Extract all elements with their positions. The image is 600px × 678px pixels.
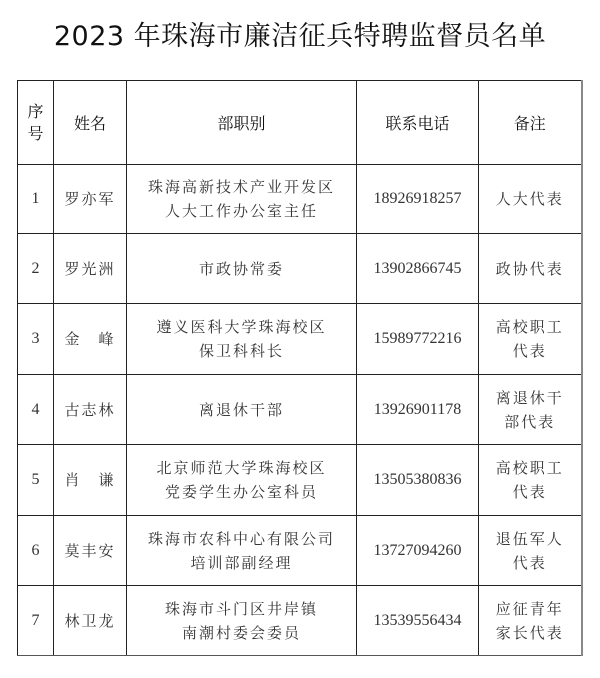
- cell-note: 高校职工代表: [479, 304, 582, 375]
- department-line2: 保卫科科长: [199, 342, 284, 360]
- cell-phone: 18926918257: [357, 165, 479, 234]
- cell-phone: 13539556434: [357, 586, 479, 656]
- cell-phone: 13727094260: [357, 516, 479, 586]
- cell-name: 肖 谦: [54, 445, 127, 516]
- department-line1: 珠海高新技术产业开发区: [148, 178, 335, 196]
- cell-note: 离退休干部代表: [479, 375, 582, 445]
- table-row: 7林卫龙珠海市斗门区井岸镇南潮村委会委员13539556434应征青年家长代表: [18, 586, 582, 656]
- department-line1: 离退休干部: [199, 401, 284, 419]
- department-line1: 市政协常委: [199, 260, 284, 278]
- note-line1: 应征青年: [496, 600, 564, 618]
- note-line2: 代表: [513, 342, 547, 360]
- header-phone: 联系电话: [357, 81, 479, 165]
- cell-name: 金 峰: [54, 304, 127, 375]
- cell-note: 高校职工代表: [479, 445, 582, 516]
- cell-department: 离退休干部: [127, 375, 357, 445]
- department-line1: 珠海市斗门区井岸镇: [165, 600, 318, 618]
- header-seq-line1: 序: [27, 102, 43, 121]
- page-title: 2023 年珠海市廉洁征兵特聘监督员名单: [0, 14, 600, 53]
- cell-seq: 5: [18, 445, 54, 516]
- cell-department: 珠海市斗门区井岸镇南潮村委会委员: [127, 586, 357, 656]
- cell-name: 罗光洲: [54, 234, 127, 304]
- cell-department: 市政协常委: [127, 234, 357, 304]
- cell-note: 应征青年家长代表: [479, 586, 582, 656]
- cell-department: 遵义医科大学珠海校区保卫科科长: [127, 304, 357, 375]
- cell-note: 政协代表: [479, 234, 582, 304]
- cell-name: 罗亦军: [54, 165, 127, 234]
- table-header-row: 序 号 姓名 部职别 联系电话 备注: [18, 81, 582, 165]
- note-line1: 高校职工: [496, 318, 564, 336]
- department-line1: 北京师范大学珠海校区: [156, 459, 326, 477]
- cell-seq: 3: [18, 304, 54, 375]
- note-line2: 部代表: [504, 413, 555, 431]
- department-line2: 党委学生办公室科员: [165, 483, 318, 501]
- header-seq-line2: 号: [27, 124, 43, 143]
- header-note: 备注: [479, 81, 582, 165]
- cell-department: 珠海市农科中心有限公司培训部副经理: [127, 516, 357, 586]
- table-row: 3金 峰遵义医科大学珠海校区保卫科科长15989772216高校职工代表: [18, 304, 582, 375]
- cell-phone: 13902866745: [357, 234, 479, 304]
- header-name: 姓名: [54, 81, 127, 165]
- header-department: 部职别: [127, 81, 357, 165]
- supervisor-table: 序 号 姓名 部职别 联系电话 备注 1罗亦军珠海高新技术产业开发区人大工作办公…: [17, 80, 583, 656]
- cell-note: 人大代表: [479, 165, 582, 234]
- cell-note: 退伍军人代表: [479, 516, 582, 586]
- department-line2: 培训部副经理: [190, 554, 292, 572]
- note-line1: 离退休干: [496, 389, 564, 407]
- cell-department: 珠海高新技术产业开发区人大工作办公室主任: [127, 165, 357, 234]
- note-line1: 政协代表: [496, 260, 564, 278]
- cell-phone: 15989772216: [357, 304, 479, 375]
- cell-seq: 1: [18, 165, 54, 234]
- cell-name: 古志林: [54, 375, 127, 445]
- note-line1: 人大代表: [496, 190, 564, 208]
- department-line2: 人大工作办公室主任: [165, 202, 318, 220]
- header-seq: 序 号: [18, 81, 54, 165]
- note-line1: 高校职工: [496, 459, 564, 477]
- table-row: 1罗亦军珠海高新技术产业开发区人大工作办公室主任18926918257人大代表: [18, 165, 582, 234]
- cell-seq: 4: [18, 375, 54, 445]
- cell-seq: 2: [18, 234, 54, 304]
- cell-department: 北京师范大学珠海校区党委学生办公室科员: [127, 445, 357, 516]
- cell-name: 莫丰安: [54, 516, 127, 586]
- note-line2: 代表: [513, 483, 547, 501]
- department-line2: 南潮村委会委员: [182, 624, 301, 642]
- cell-seq: 7: [18, 586, 54, 656]
- table-row: 4古志林离退休干部13926901178离退休干部代表: [18, 375, 582, 445]
- note-line2: 家长代表: [496, 624, 564, 642]
- cell-seq: 6: [18, 516, 54, 586]
- table-row: 5肖 谦北京师范大学珠海校区党委学生办公室科员13505380836高校职工代表: [18, 445, 582, 516]
- department-line1: 珠海市农科中心有限公司: [148, 530, 335, 548]
- cell-name: 林卫龙: [54, 586, 127, 656]
- table-row: 6莫丰安珠海市农科中心有限公司培训部副经理13727094260退伍军人代表: [18, 516, 582, 586]
- cell-phone: 13505380836: [357, 445, 479, 516]
- department-line1: 遵义医科大学珠海校区: [156, 318, 326, 336]
- note-line1: 退伍军人: [496, 530, 564, 548]
- table-row: 2罗光洲市政协常委13902866745政协代表: [18, 234, 582, 304]
- cell-phone: 13926901178: [357, 375, 479, 445]
- note-line2: 代表: [513, 554, 547, 572]
